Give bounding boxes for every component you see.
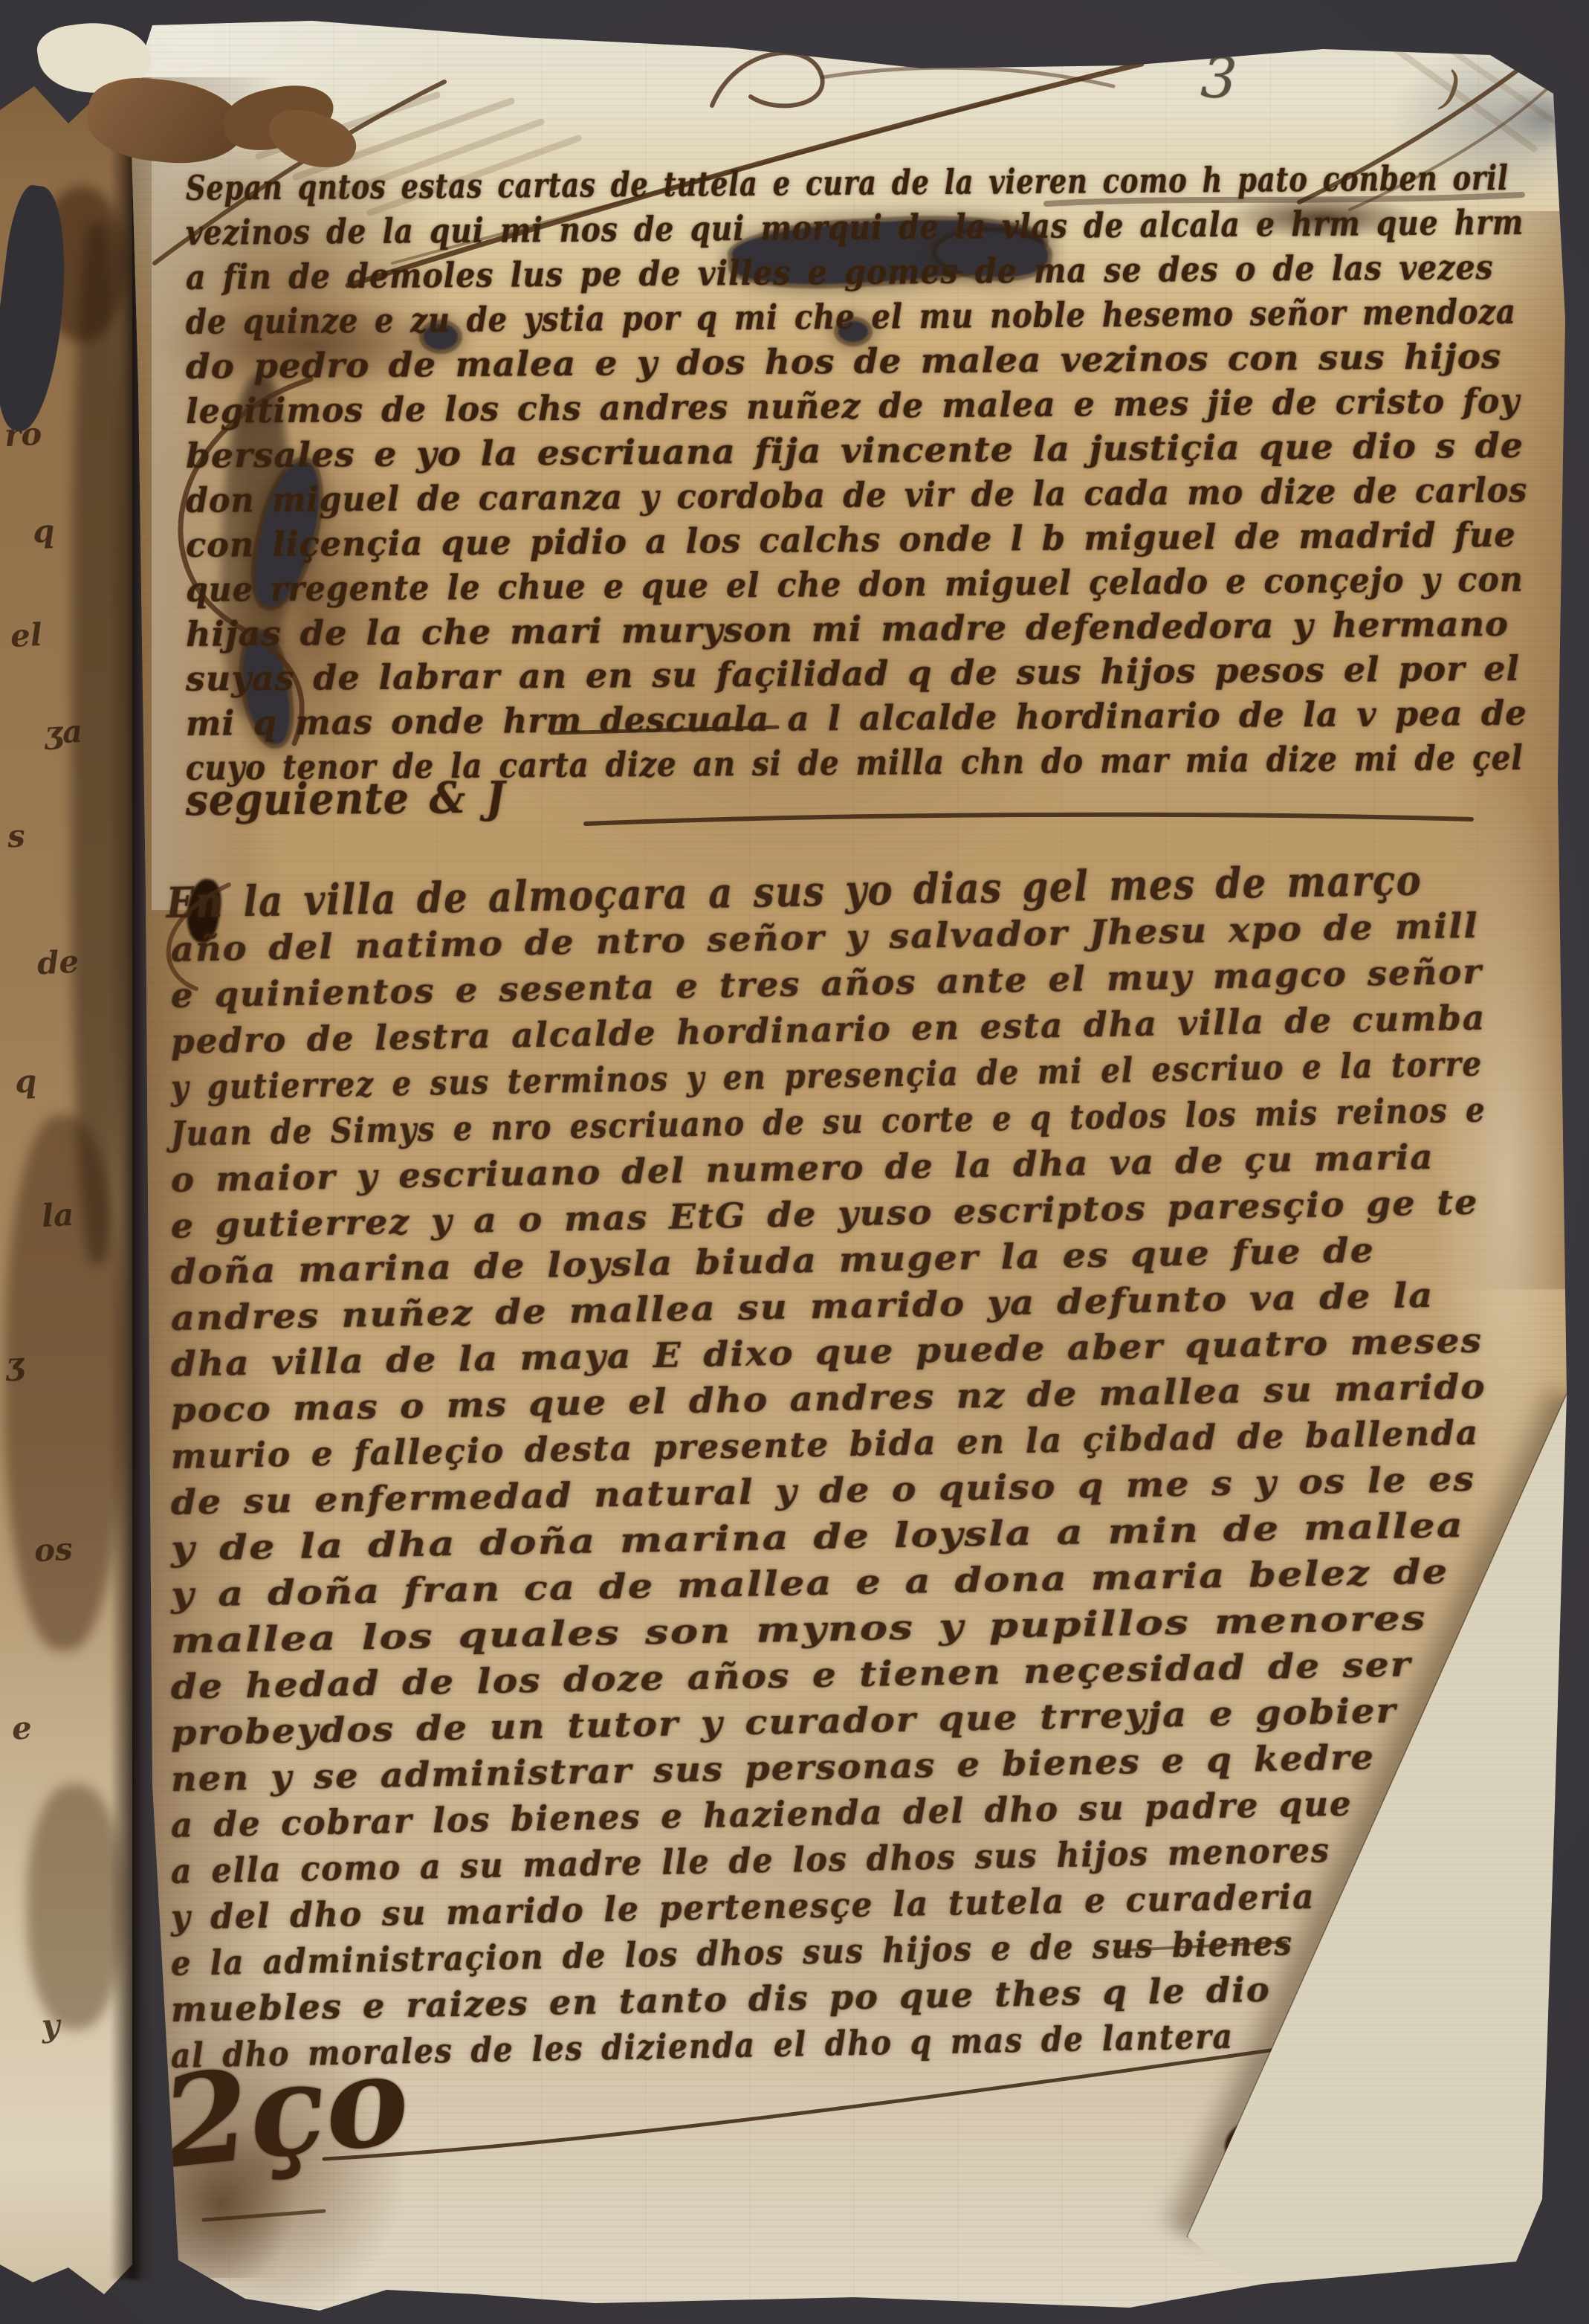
paraph-underdash (204, 2211, 324, 2220)
top-flourish-loop (712, 53, 823, 106)
stub-text-fragment: q (32, 512, 56, 549)
stub-text-fragment: ʒa (44, 713, 84, 752)
stub-text-fragment: e (11, 1709, 33, 1746)
notary-paraph: 2ço (155, 2024, 415, 2197)
stub-text-fragment: la (41, 1196, 75, 1234)
stub-text-fragment: ʒ (5, 1345, 25, 1382)
manuscript-page: Sepan qntos estas cartas de tutela e cur… (125, 18, 1576, 2324)
folio-number: 3 (1200, 44, 1239, 112)
stub-text-fragment: el (10, 616, 43, 654)
stub-text-fragment: s (7, 817, 26, 854)
corner-flourish (1534, 57, 1562, 82)
stub-text-fragment: de (36, 943, 80, 982)
scanned-manuscript-photo: ro q el ʒa s de q la ʒ os e y (0, 0, 1589, 2324)
stub-text-fragment: q (14, 1062, 38, 1100)
stub-text-fragment: y (41, 2007, 61, 2044)
stub-stain (27, 1784, 123, 2030)
paragraph-divider-rule (586, 815, 1472, 824)
manuscript-line: seguiente & J (186, 772, 506, 842)
stub-text-fragment: os (33, 1531, 74, 1569)
